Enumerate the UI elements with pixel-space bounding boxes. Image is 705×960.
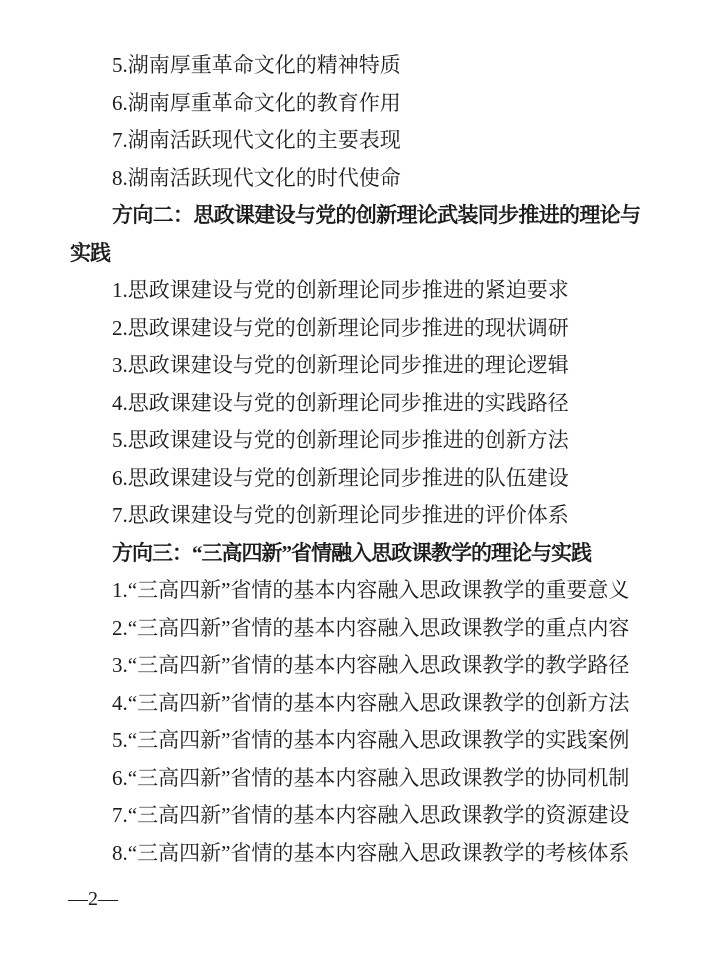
topic-item: 3.思政课建设与党的创新理论同步推进的理论逻辑: [70, 347, 640, 385]
document-page: 5.湖南厚重革命文化的精神特质 6.湖南厚重革命文化的教育作用 7.湖南活跃现代…: [0, 0, 705, 960]
section-heading-2: 方向二：思政课建设与党的创新理论武装同步推进的理论与实践: [70, 197, 640, 272]
topic-item: 5.湖南厚重革命文化的精神特质: [70, 47, 640, 85]
topic-item: 3.“三高四新”省情的基本内容融入思政课教学的教学路径: [70, 647, 640, 685]
topic-item: 2.思政课建设与党的创新理论同步推进的现状调研: [70, 310, 640, 348]
topic-item: 7.湖南活跃现代文化的主要表现: [70, 122, 640, 160]
topic-item: 8.湖南活跃现代文化的时代使命: [70, 160, 640, 198]
topic-item: 6.“三高四新”省情的基本内容融入思政课教学的协同机制: [70, 760, 640, 798]
topic-item: 6.湖南厚重革命文化的教育作用: [70, 85, 640, 123]
topic-item: 5.思政课建设与党的创新理论同步推进的创新方法: [70, 422, 640, 460]
section-heading-3: 方向三：“三高四新”省情融入思政课教学的理论与实践: [70, 535, 640, 573]
document-body: 5.湖南厚重革命文化的精神特质 6.湖南厚重革命文化的教育作用 7.湖南活跃现代…: [70, 47, 640, 872]
topic-item: 6.思政课建设与党的创新理论同步推进的队伍建设: [70, 460, 640, 498]
topic-item: 1.思政课建设与党的创新理论同步推进的紧迫要求: [70, 272, 640, 310]
topic-item: 2.“三高四新”省情的基本内容融入思政课教学的重点内容: [70, 610, 640, 648]
topic-item: 8.“三高四新”省情的基本内容融入思政课教学的考核体系: [70, 835, 640, 873]
topic-item: 7.“三高四新”省情的基本内容融入思政课教学的资源建设: [70, 797, 640, 835]
topic-item: 4.思政课建设与党的创新理论同步推进的实践路径: [70, 385, 640, 423]
page-number: —2—: [68, 888, 118, 911]
topic-item: 7.思政课建设与党的创新理论同步推进的评价体系: [70, 497, 640, 535]
topic-item: 5.“三高四新”省情的基本内容融入思政课教学的实践案例: [70, 722, 640, 760]
topic-item: 1.“三高四新”省情的基本内容融入思政课教学的重要意义: [70, 572, 640, 610]
topic-item: 4.“三高四新”省情的基本内容融入思政课教学的创新方法: [70, 685, 640, 723]
